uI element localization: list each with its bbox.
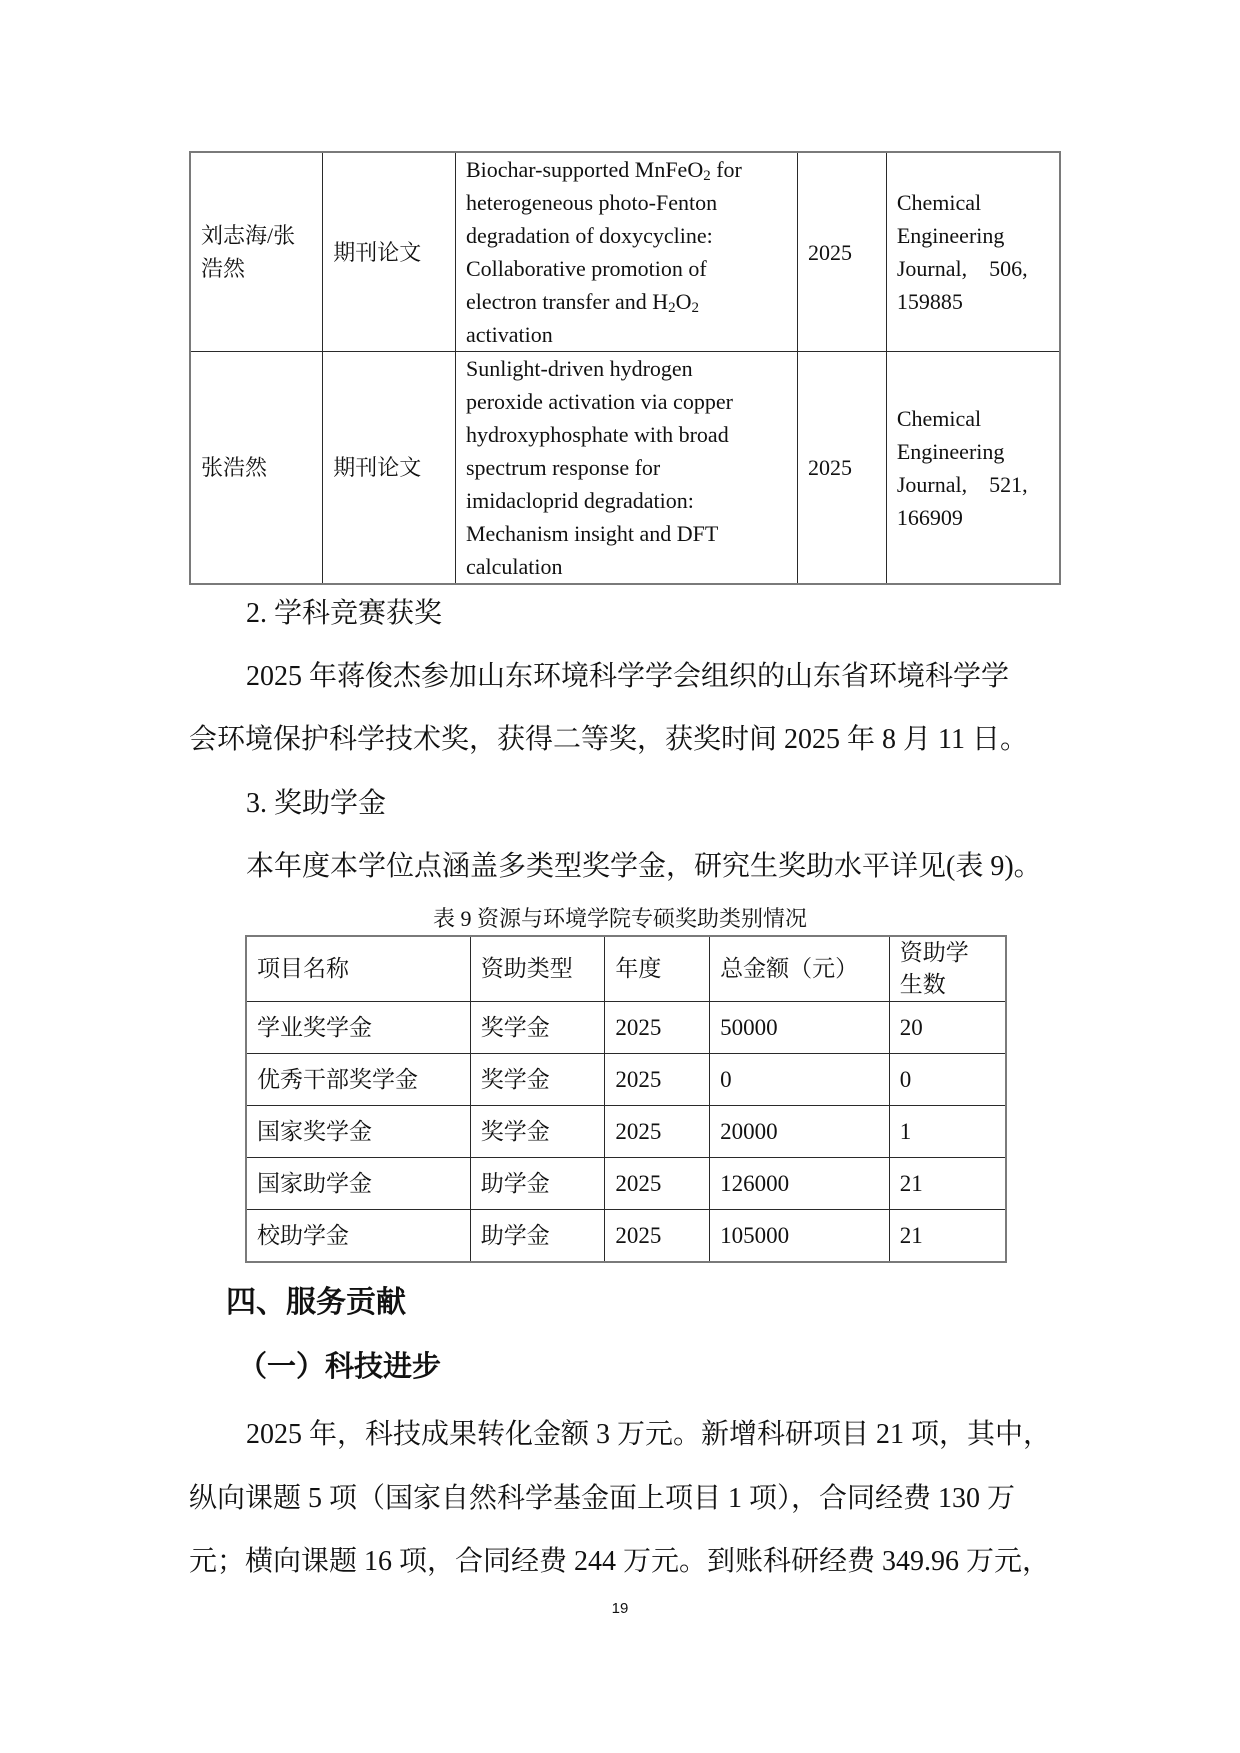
- cell: 2025: [605, 1106, 710, 1158]
- header-project-name: 项目名称: [246, 936, 470, 1002]
- cell: 助学金: [470, 1158, 605, 1210]
- authors-cell: 张浩然: [190, 352, 323, 585]
- cell: 20000: [710, 1106, 890, 1158]
- body-line2: 纵向课题 5 项（国家自然科学基金面上项目 1 项），合同经费 130 万: [189, 1482, 1015, 1516]
- header-total-amount: 总金额（元）: [710, 936, 890, 1002]
- table-row: 张浩然 期刊论文 Sunlight-driven hydrogen peroxi…: [190, 352, 1060, 585]
- type-cell: 期刊论文: [323, 152, 456, 352]
- page-number: 19: [0, 1600, 1240, 1617]
- cell: 0: [889, 1054, 1006, 1106]
- table-header-row: 项目名称 资助类型 年度 总金额（元） 资助学生数: [246, 936, 1006, 1002]
- authors-cell: 刘志海/张 浩然: [190, 152, 323, 352]
- chapter-heading: 四、服务贡献: [226, 1283, 406, 1323]
- scholarship-table: 项目名称 资助类型 年度 总金额（元） 资助学生数 学业奖学金 奖学金 2025…: [245, 935, 1007, 1263]
- cell: 校助学金: [246, 1210, 470, 1263]
- cell: 0: [710, 1054, 890, 1106]
- cell: 2025: [605, 1002, 710, 1054]
- type-cell: 期刊论文: [323, 352, 456, 585]
- table-row: 国家助学金 助学金 2025 126000 21: [246, 1158, 1006, 1210]
- competition-text-line1: 2025 年蒋俊杰参加山东环境科学学会组织的山东省环境科学学: [246, 660, 1009, 694]
- cell: 2025: [605, 1054, 710, 1106]
- table-row: 学业奖学金 奖学金 2025 50000 20: [246, 1002, 1006, 1054]
- body-line1: 2025 年，科技成果转化金额 3 万元。新增科研项目 21 项，其中，: [246, 1418, 1051, 1452]
- cell: 奖学金: [470, 1106, 605, 1158]
- scholarship-heading: 3. 奖助学金: [246, 787, 386, 821]
- year-cell: 2025: [798, 352, 887, 585]
- cell: 1: [889, 1106, 1006, 1158]
- title-cell: Sunlight-driven hydrogen peroxide activa…: [455, 352, 797, 585]
- cell: 126000: [710, 1158, 890, 1210]
- header-student-count: 资助学生数: [889, 936, 1006, 1002]
- table-row: 优秀干部奖学金 奖学金 2025 0 0: [246, 1054, 1006, 1106]
- competition-heading: 2. 学科竞赛获奖: [246, 597, 442, 631]
- year-cell: 2025: [798, 152, 887, 352]
- cell: 2025: [605, 1210, 710, 1263]
- cell: 学业奖学金: [246, 1002, 470, 1054]
- cell: 国家助学金: [246, 1158, 470, 1210]
- cell: 105000: [710, 1210, 890, 1263]
- table-row: 国家奖学金 奖学金 2025 20000 1: [246, 1106, 1006, 1158]
- table-row: 刘志海/张 浩然 期刊论文 Biochar-supported MnFeO2 f…: [190, 152, 1060, 352]
- scholarship-intro: 本年度本学位点涵盖多类型奖学金，研究生奖助水平详见(表 9)。: [246, 850, 1042, 884]
- section-heading: （一）科技进步: [238, 1346, 441, 1386]
- cell: 50000: [710, 1002, 890, 1054]
- cell: 21: [889, 1210, 1006, 1263]
- header-funding-type: 资助类型: [470, 936, 605, 1002]
- cell: 奖学金: [470, 1002, 605, 1054]
- journal-cell: Chemical Engineering Journal, 506, 15988…: [886, 152, 1060, 352]
- cell: 20: [889, 1002, 1006, 1054]
- competition-text-line2: 会环境保护科学技术奖，获得二等奖，获奖时间 2025 年 8 月 11 日。: [189, 723, 1028, 757]
- journal-cell: Chemical Engineering Journal, 521, 16690…: [886, 352, 1060, 585]
- header-year: 年度: [605, 936, 710, 1002]
- cell: 21: [889, 1158, 1006, 1210]
- cell: 优秀干部奖学金: [246, 1054, 470, 1106]
- publications-table: 刘志海/张 浩然 期刊论文 Biochar-supported MnFeO2 f…: [189, 151, 1061, 585]
- cell: 国家奖学金: [246, 1106, 470, 1158]
- cell: 奖学金: [470, 1054, 605, 1106]
- table9-caption: 表 9 资源与环境学院专硕奖助类别情况: [0, 904, 1240, 934]
- title-cell: Biochar-supported MnFeO2 for heterogeneo…: [455, 152, 797, 352]
- body-line3: 元；横向课题 16 项，合同经费 244 万元。到账科研经费 349.96 万元…: [189, 1545, 1050, 1579]
- table-row: 校助学金 助学金 2025 105000 21: [246, 1210, 1006, 1263]
- cell: 2025: [605, 1158, 710, 1210]
- cell: 助学金: [470, 1210, 605, 1263]
